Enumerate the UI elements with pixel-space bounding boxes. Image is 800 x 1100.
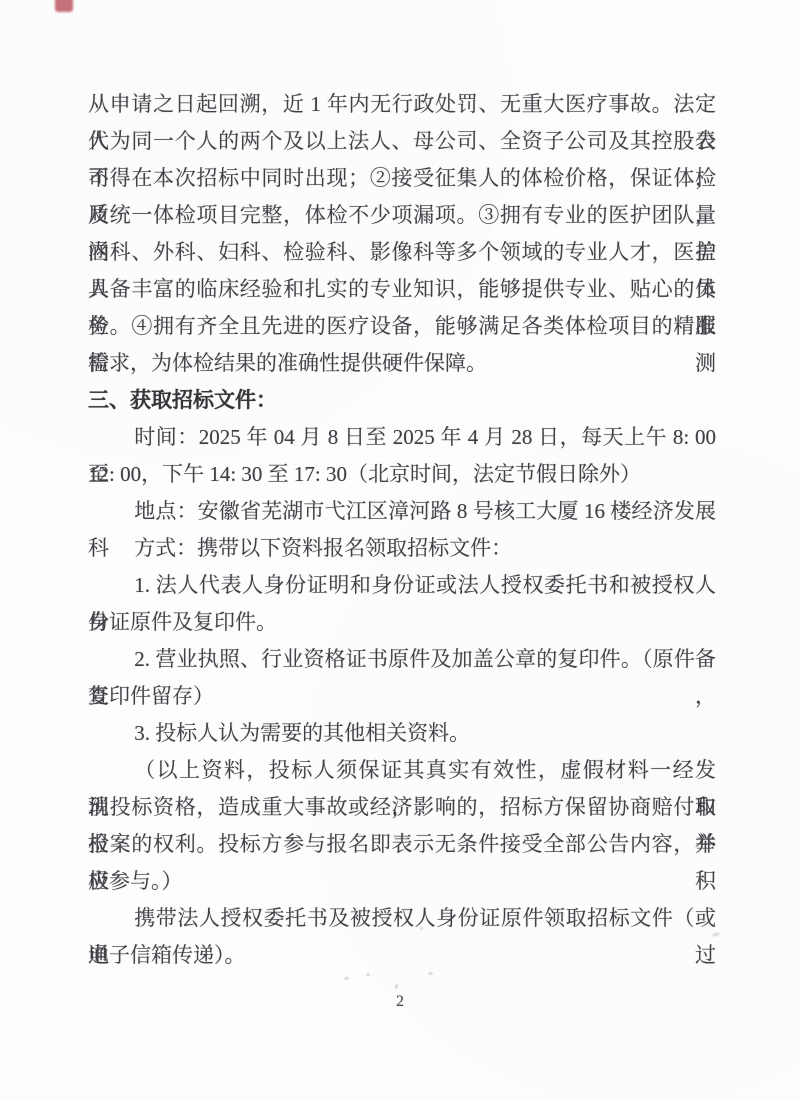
- red-scan-artifact: [55, 0, 73, 12]
- text-line: 3. 投标人认为需要的其他相关资料。: [88, 715, 716, 752]
- document-body: 从申请之日起回溯，近 1 年内无行政处罚、无重大医疗事故。法定代表 人为同一个人…: [88, 86, 716, 974]
- text-line: 份证原件及复印件。: [88, 604, 716, 641]
- text-line: 消投标资格，造成重大事故或经济影响的，招标方保留协商赔付和检举: [88, 789, 716, 826]
- scan-noise-speck: [420, 927, 423, 930]
- text-line: 地点：安徽省芜湖市弋江区漳河路 8 号核工大厦 16 楼经济发展科: [88, 493, 716, 530]
- text-line: 时间：2025 年 04 月 8 日至 2025 年 4 月 28 日，每天上午…: [88, 419, 716, 456]
- text-line: 2. 营业执照、行业资格证书原件及加盖公章的复印件。（原件备查，: [88, 641, 716, 678]
- text-line: 人为同一个人的两个及以上法人、母公司、全资子公司及其控股公司，: [88, 123, 716, 160]
- text-line: 不得在本次招标中同时出现；②接受征集人的体检价格，保证体检质量: [88, 160, 716, 197]
- scan-noise-speck: [395, 984, 398, 989]
- scan-noise-speck: [344, 977, 349, 980]
- text-line: 及统一体检项目完整，体检不少项漏项。③拥有专业的医护团队，涵盖: [88, 197, 716, 234]
- text-line: 内科、外科、妇科、检验科、影像科等多个领域的专业人才，医护人员: [88, 234, 716, 271]
- document-page: 从申请之日起回溯，近 1 年内无行政处罚、无重大医疗事故。法定代表 人为同一个人…: [0, 0, 800, 1100]
- text-line: 务。④拥有齐全且先进的医疗设备，能够满足各类体检项目的精准检测: [88, 308, 716, 345]
- text-line: （以上资料，投标人须保证其真实有效性，虚假材料一经发现，取: [88, 752, 716, 789]
- text-line: 方式：携带以下资料报名领取招标文件：: [88, 530, 716, 567]
- text-line: 报案的权利。投标方参与报名即表示无条件接受全部公告内容，并应积: [88, 826, 716, 863]
- scan-noise-speck: [366, 973, 370, 976]
- section-heading: 三、获取招标文件：: [88, 382, 716, 419]
- text-line: 12: 00，下午 14: 30 至 17: 30（北京时间，法定节假日除外）: [88, 456, 716, 493]
- text-line: 1. 法人代表人身份证明和身份证或法人授权委托书和被授权人身: [88, 567, 716, 604]
- text-line: 携带法人授权委托书及被授权人身份证原件领取招标文件（或通过: [88, 900, 716, 937]
- text-line: 具备丰富的临床经验和扎实的专业知识，能够提供专业、贴心的体检服: [88, 271, 716, 308]
- scan-noise-speck: [428, 972, 433, 975]
- text-line: 从申请之日起回溯，近 1 年内无行政处罚、无重大医疗事故。法定代表: [88, 86, 716, 123]
- page-number: 2: [0, 993, 800, 1011]
